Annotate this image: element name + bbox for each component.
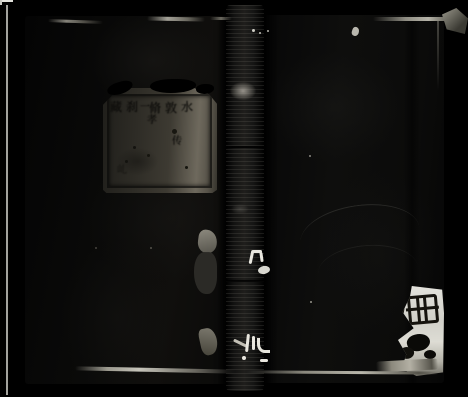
paper-speck bbox=[309, 155, 311, 157]
label-character: 脩 bbox=[149, 102, 161, 114]
label-character: 敦 bbox=[165, 102, 177, 114]
fragment-stroke bbox=[245, 334, 250, 352]
paper-speck bbox=[259, 32, 261, 34]
top-edge-highlight bbox=[210, 17, 232, 20]
partial-seal-glyph bbox=[407, 294, 439, 326]
torn-corner-highlight bbox=[442, 8, 468, 34]
spine-crack bbox=[226, 146, 264, 148]
fragment-stroke bbox=[260, 359, 268, 362]
book-photo: 藏 刹 一 脩 敦 水 孝 传 乢 bbox=[0, 0, 468, 397]
title-label: 藏 刹 一 脩 敦 水 孝 传 乢 bbox=[103, 88, 217, 193]
label-character: 刹 bbox=[126, 101, 138, 113]
torn-paper-fragment bbox=[194, 252, 217, 294]
fragment-stroke bbox=[242, 356, 246, 360]
spine-crack bbox=[226, 280, 264, 282]
fragment-stroke bbox=[259, 252, 263, 262]
paper-speck bbox=[150, 247, 152, 249]
cover-edge-highlight bbox=[437, 20, 439, 90]
paper-fragment-marks bbox=[238, 328, 272, 370]
label-character: 传 bbox=[172, 137, 182, 147]
label-character: 水 bbox=[181, 101, 193, 113]
label-character: 藏 bbox=[110, 101, 122, 113]
scan-edge-line bbox=[6, 5, 8, 395]
label-character: 孝 bbox=[147, 116, 157, 126]
label-stain-spots bbox=[133, 146, 136, 149]
scan-corner-mark bbox=[0, 0, 2, 5]
paper-speck bbox=[95, 247, 97, 249]
paper-speck bbox=[267, 30, 269, 32]
paper-speck bbox=[252, 29, 255, 32]
paper-speck bbox=[310, 301, 312, 303]
label-corner-mark: 乢 bbox=[117, 166, 127, 176]
fragment-stroke bbox=[252, 336, 255, 350]
spine-highlight bbox=[228, 202, 252, 216]
fragment-stroke bbox=[257, 265, 270, 275]
spine-highlight bbox=[226, 79, 260, 103]
paper-fragment-marks bbox=[244, 248, 274, 280]
fragment-stroke bbox=[257, 338, 270, 353]
